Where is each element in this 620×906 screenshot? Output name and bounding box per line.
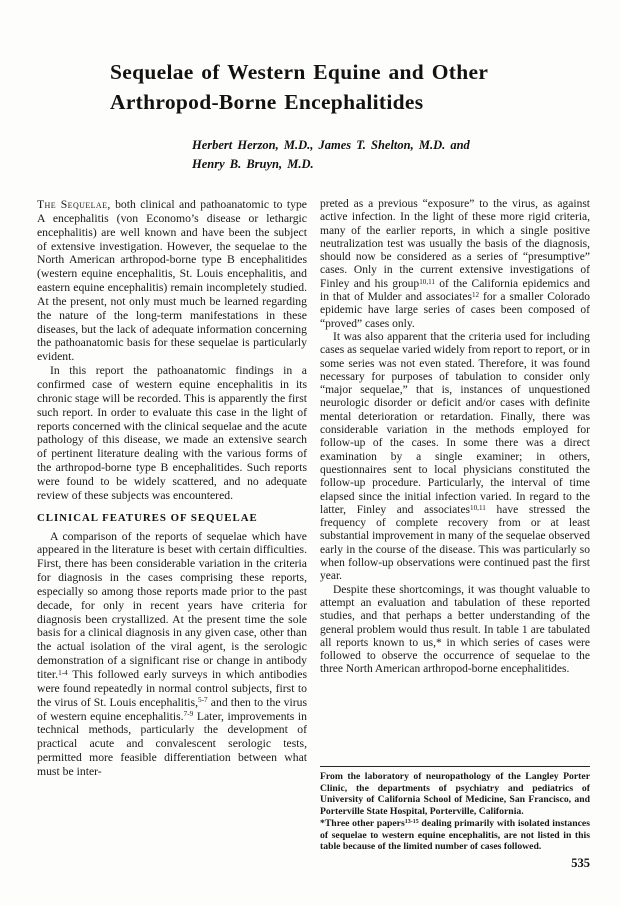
page-title: Sequelae of Western Equine and Other Art… [110, 57, 488, 117]
footnote-asterisk-note: *Three other papers13-15 dealing primari… [320, 818, 590, 853]
section-heading-clinical-features: CLINICAL FEATURES OF SEQUELAE [37, 511, 307, 525]
author-byline: Herbert Herzon, M.D., James T. Shelton, … [192, 136, 470, 174]
title-line-2: Arthropod-Borne Encephalitides [110, 87, 488, 117]
paragraph-despite-shortcomings: Despite these shortcomings, it was thoug… [320, 584, 590, 677]
paragraph-tabulation-criteria: It was also apparent that the criteria u… [320, 331, 590, 584]
paragraph-criteria-continued: preted as a previous “exposure” to the v… [320, 198, 590, 331]
paragraph-report-purpose: In this report the pathoanatomic finding… [37, 364, 307, 502]
left-column: The Sequelae, both clinical and pathoana… [37, 198, 307, 898]
paragraph-comparison: A comparison of the reports of sequelae … [37, 530, 307, 779]
right-column: preted as a previous “exposure” to the v… [320, 198, 590, 677]
footnote-block: From the laboratory of neuropathology of… [320, 766, 590, 853]
paragraph-intro: The Sequelae, both clinical and pathoana… [37, 198, 307, 364]
footnote-affiliation: From the laboratory of neuropathology of… [320, 771, 590, 818]
title-line-1: Sequelae of Western Equine and Other [110, 57, 488, 87]
author-line-1: Herbert Herzon, M.D., James T. Shelton, … [192, 136, 470, 155]
journal-page: Sequelae of Western Equine and Other Art… [0, 0, 620, 906]
page-number: 535 [320, 856, 590, 871]
author-line-2: Henry B. Bruyn, M.D. [192, 155, 470, 174]
